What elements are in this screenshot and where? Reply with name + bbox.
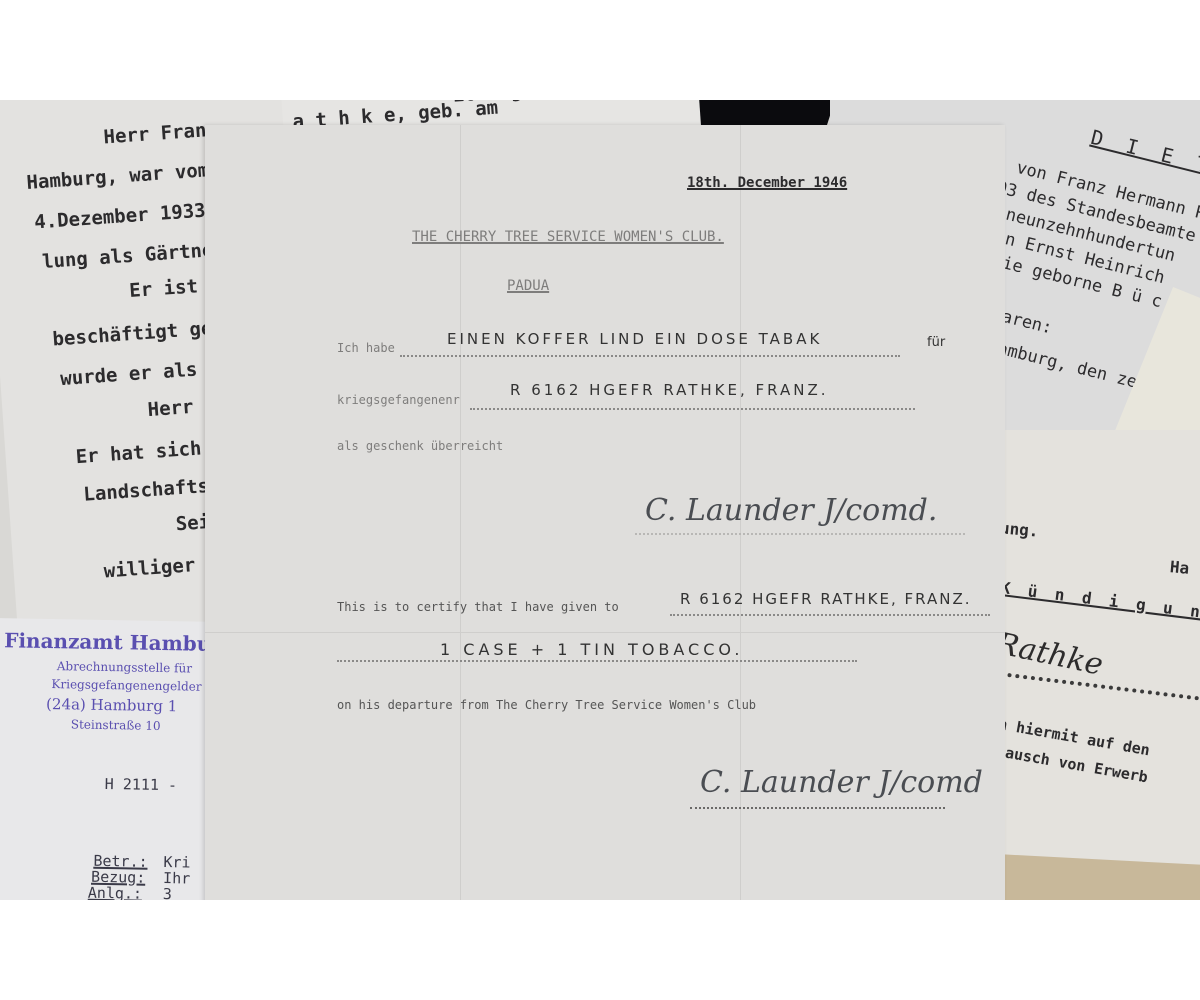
stamp-line: Abrechnungsstelle für xyxy=(57,659,192,675)
stamp-line: (24a) Hamburg 1 xyxy=(46,695,177,715)
dotted-line xyxy=(337,660,857,662)
german-line1-suffix: für xyxy=(927,335,945,350)
handwritten-items-en: 1 CASE + 1 TIN TOBACCO. xyxy=(440,640,743,659)
german-line1-prefix: Ich habe xyxy=(337,341,395,355)
handwritten-prisoner-en: R 6162 HGEFR RATHKE, FRANZ. xyxy=(680,590,972,608)
signature-dotted-line xyxy=(690,807,945,809)
finanzamt-envelope: Finanzamt Hamburg-H Abrechnungsstelle fü… xyxy=(0,618,223,900)
left-line: beschäftigt gew xyxy=(52,317,225,351)
signature-de: C. Launder J/comd. xyxy=(645,493,937,528)
left-line: Hamburg, war vom xyxy=(26,159,210,194)
left-line: wurde er als V xyxy=(60,357,221,390)
fold-line xyxy=(205,632,1005,633)
document-photo: R a t h k e, geb. am 26 August 1933 und … xyxy=(0,100,1200,900)
field-value-anlg: 3 xyxy=(163,885,172,900)
dotted-line xyxy=(470,408,915,410)
notice-heading: K ü n d i g u n g. xyxy=(1000,578,1200,627)
letter-heading: THE CHERRY TREE SERVICE WOMEN'S CLUB. xyxy=(412,229,724,245)
german-line2-prefix: kriegsgefangenenr xyxy=(337,393,460,407)
signature-dotted-line xyxy=(635,533,965,535)
certificate-line: Hamburg, den ze xyxy=(985,336,1139,393)
letter-subheading: PADUA xyxy=(507,278,549,294)
english-line1-prefix: This is to certify that I have given to xyxy=(337,600,619,614)
left-line: 4.Dezember 1933 b xyxy=(34,198,230,234)
left-line: Herr Franz xyxy=(103,119,219,149)
notice-line: ung. xyxy=(999,518,1039,540)
dotted-line xyxy=(400,355,900,357)
handwritten-prisoner-de: R 6162 HGEFR RATHKE, FRANZ. xyxy=(510,381,829,399)
german-line3: als geschenk überreicht xyxy=(337,439,503,453)
left-line: lung als Gärtner xyxy=(41,238,225,273)
letter-date: 18th. December 1946 xyxy=(687,175,847,191)
certificate-heading: D I E T A xyxy=(1089,125,1200,188)
cherry-tree-receipt: 18th. December 1946 THE CHERRY TREE SERV… xyxy=(205,125,1005,900)
handwritten-items-de: EINEN KOFFER LIND EIN DOSE TABAK xyxy=(447,330,822,348)
english-line3: on his departure from The Cherry Tree Se… xyxy=(337,698,756,712)
notice-line: Ha xyxy=(1169,557,1190,578)
left-line: Er hat sich b xyxy=(75,436,225,468)
envelope-reference: H 2111 - xyxy=(105,775,178,794)
signature-en: C. Launder J/comd xyxy=(700,765,983,800)
dotted-line xyxy=(670,614,990,616)
left-line: Er ist xyxy=(129,275,199,302)
field-label-anlg: Anlg.: xyxy=(88,884,142,900)
kuendigung-notice: ung. Ha K ü n d i g u n g. Rathke n hier… xyxy=(980,430,1200,880)
stamp-line: Kriegsgefangenengelder xyxy=(51,677,201,694)
stamp-line: Steinstraße 10 xyxy=(71,717,161,733)
